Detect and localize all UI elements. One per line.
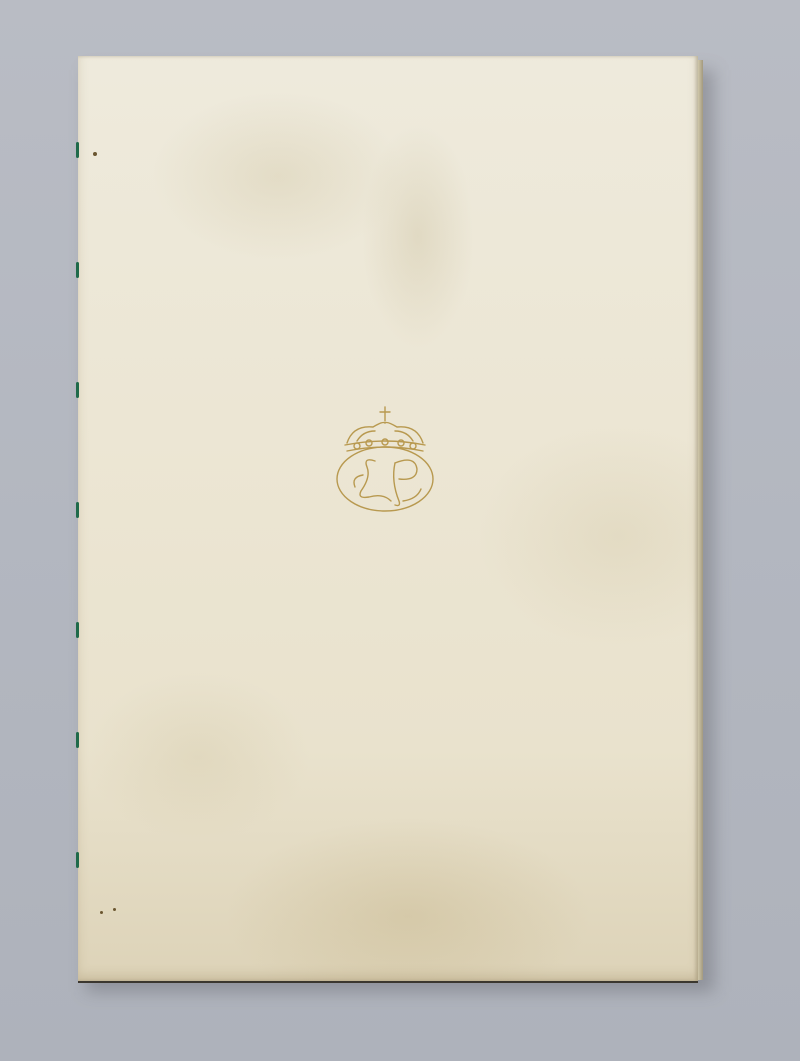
crowned-monogram-icon	[333, 405, 437, 515]
foxing-spot	[93, 152, 97, 156]
binding-stitch	[76, 382, 79, 398]
binding-stitch	[76, 142, 79, 158]
binding-stitch	[76, 502, 79, 518]
foxing-spot	[100, 911, 103, 914]
foxing-spot	[113, 908, 116, 911]
binding-stitch	[76, 852, 79, 868]
page-edges	[698, 60, 703, 980]
binding-stitch	[76, 262, 79, 278]
binding-stitch	[76, 732, 79, 748]
book-cover	[78, 56, 698, 983]
binding-stitch	[76, 622, 79, 638]
